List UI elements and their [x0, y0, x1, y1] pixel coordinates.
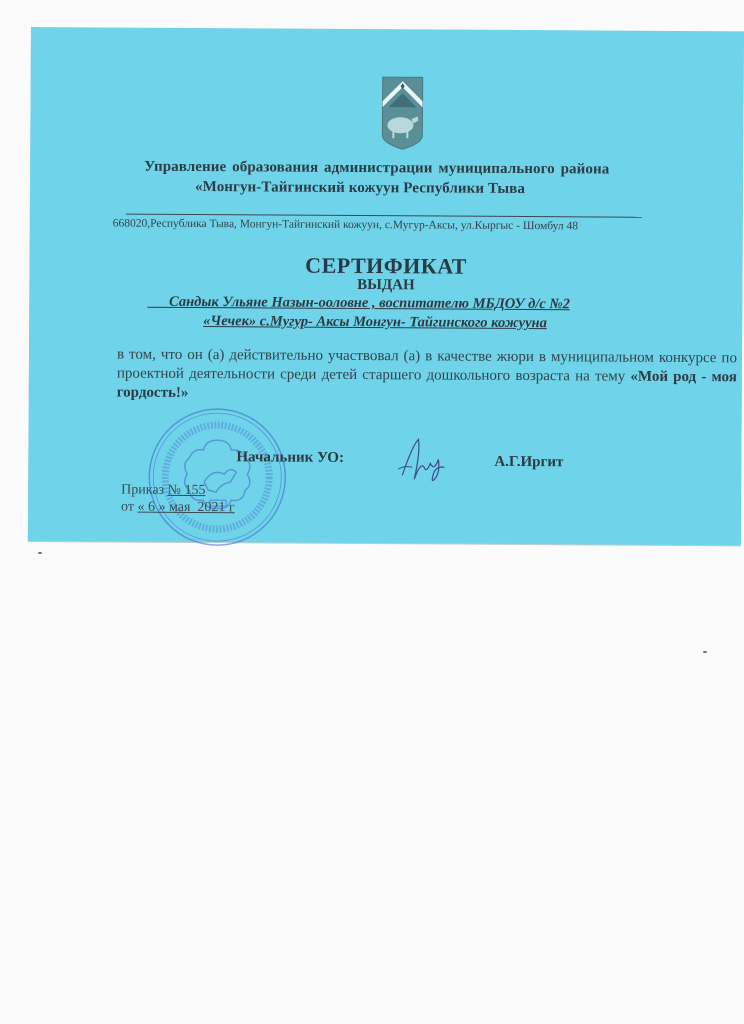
order-date-value: « 6 » мая 2021 г [137, 500, 234, 516]
signatory-name: А.Г.Иргит [494, 454, 563, 471]
order-label: Приказ [121, 483, 168, 498]
certificate-body: в том, что он (а) действительно участвов… [117, 346, 737, 407]
recipient-line2: «Чечек» с.Мугур- Аксы Монгун- Тайгинског… [203, 313, 547, 332]
official-stamp-icon [146, 406, 289, 549]
handwritten-signature-icon [394, 431, 454, 491]
coat-of-arms-icon [378, 73, 426, 153]
order-number: Приказ № 155 [121, 483, 205, 500]
order-date-label: от [121, 500, 138, 515]
scan-dust-mark [703, 651, 707, 653]
certificate-paper: Управление образования администрации мун… [28, 27, 744, 545]
order-number-value: № 155 [168, 483, 206, 498]
certificate-issued-label: ВЫДАН [29, 275, 742, 296]
order-date: от « 6 » мая 2021 г [121, 500, 235, 517]
signatory-title: Начальник УО: [236, 449, 344, 467]
scan-dust-mark [38, 552, 42, 554]
recipient-line1: Сандык Ульяне Назын-ооловне , воспитател… [147, 294, 570, 314]
org-address: 668020,Республика Тыва, Монгун-Тайгински… [113, 218, 733, 234]
org-name-line1: Управление образования администрации мун… [70, 158, 710, 179]
org-name-line2: «Монгун-Тайгинский кожуун Республики Тыв… [130, 179, 590, 199]
